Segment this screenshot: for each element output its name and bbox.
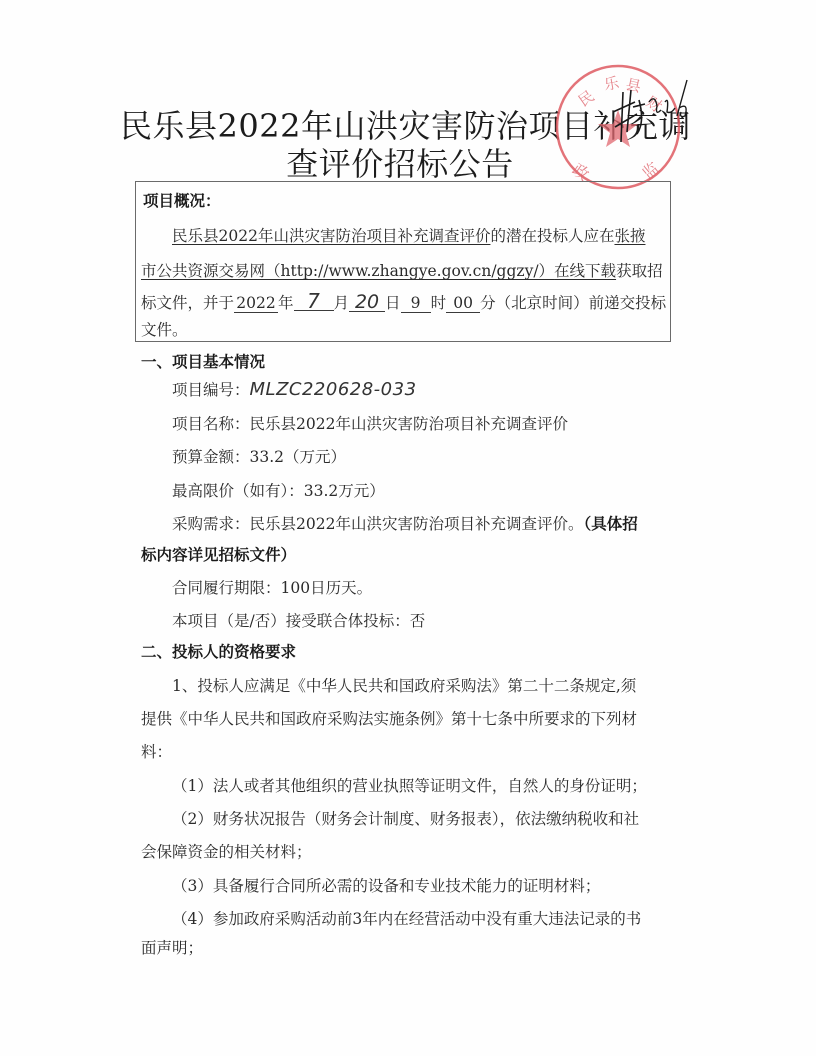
project-name-row: 项目名称：民乐县2022年山洪灾害防治项目补充调查评价	[172, 414, 568, 434]
deadline-hour: 9	[401, 294, 431, 313]
requirement-item-2-line-1: （2）财务状况报告（财务会计制度、财务报表），依法缴纳税收和社	[172, 809, 639, 829]
requirement-item-1: （1）法人或者其他组织的营业执照等证明文件，自然人的身份证明；	[172, 776, 647, 796]
procurement-demand-continued: 标内容详见招标文件）	[141, 545, 296, 565]
project-number-handwritten: MLZC220628-033	[250, 379, 417, 400]
requirement-item-4-line-1: （4）参加政府采购活动前3年内在经营活动中没有重大违法记录的书	[172, 909, 641, 929]
max-price-row: 最高限价（如有）：33.2万元）	[172, 481, 385, 501]
consortium-row: 本项目（是/否）接受联合体投标：否	[172, 611, 425, 631]
requirement-1-line-2: 提供《中华人民共和国政府采购法实施条例》第十七条中所要求的下列材	[141, 709, 637, 729]
requirement-item-2-line-2: 会保障资金的相关材料；	[141, 842, 312, 862]
requirement-1-line-3: 料：	[141, 742, 172, 762]
contract-period-row: 合同履行期限：100日历天。	[172, 578, 372, 598]
trading-site-link: 市公共资源交易网（http://www.zhangye.gov.cn/ggzy/…	[141, 262, 554, 280]
requirement-item-4-line-2: 面声明；	[141, 938, 203, 958]
deadline-day: 20	[349, 293, 385, 312]
requirement-item-3: （3）具备履行合同所必需的设备和专业技术能力的证明材料；	[172, 876, 600, 896]
download-method: 在线下载	[554, 262, 616, 280]
deadline-year: 2022	[234, 294, 278, 313]
overview-heading: 项目概况：	[143, 191, 221, 211]
document-page: 民乐县2022年山洪灾害防治项目补充调 查评价招标公告 民 乐 县 财 政 监 …	[0, 0, 816, 1056]
section-2-heading: 二、投标人的资格要求	[141, 642, 296, 662]
deadline-month: 7	[294, 292, 334, 311]
project-name-link: 民乐县2022年山洪灾害防治项目补充调查评价	[172, 227, 490, 245]
overview-paragraph-line-2: 市公共资源交易网（http://www.zhangye.gov.cn/ggzy/…	[141, 261, 663, 281]
requirement-1-line-1: 1、投标人应满足《中华人民共和国政府采购法》第二十二条规定,须	[172, 676, 636, 696]
overview-deadline-line: 标文件，并于2022年7月20日9时00分（北京时间）前递交投标	[141, 292, 666, 313]
overview-paragraph-line-4: 文件。	[141, 320, 188, 340]
overview-paragraph-line-1: 民乐县2022年山洪灾害防治项目补充调查评价的潜在投标人应在张掖	[172, 226, 645, 246]
handwritten-signature-icon	[605, 72, 695, 172]
svg-text:民: 民	[575, 87, 598, 110]
budget-row: 预算金额：33.2（万元）	[172, 447, 346, 467]
deadline-minute: 00	[446, 294, 480, 313]
section-1-heading: 一、项目基本情况	[141, 352, 265, 372]
project-number-row: 项目编号：MLZC220628-033	[172, 380, 417, 400]
procurement-demand-row: 采购需求：民乐县2022年山洪灾害防治项目补充调查评价。（具体招	[172, 514, 638, 534]
